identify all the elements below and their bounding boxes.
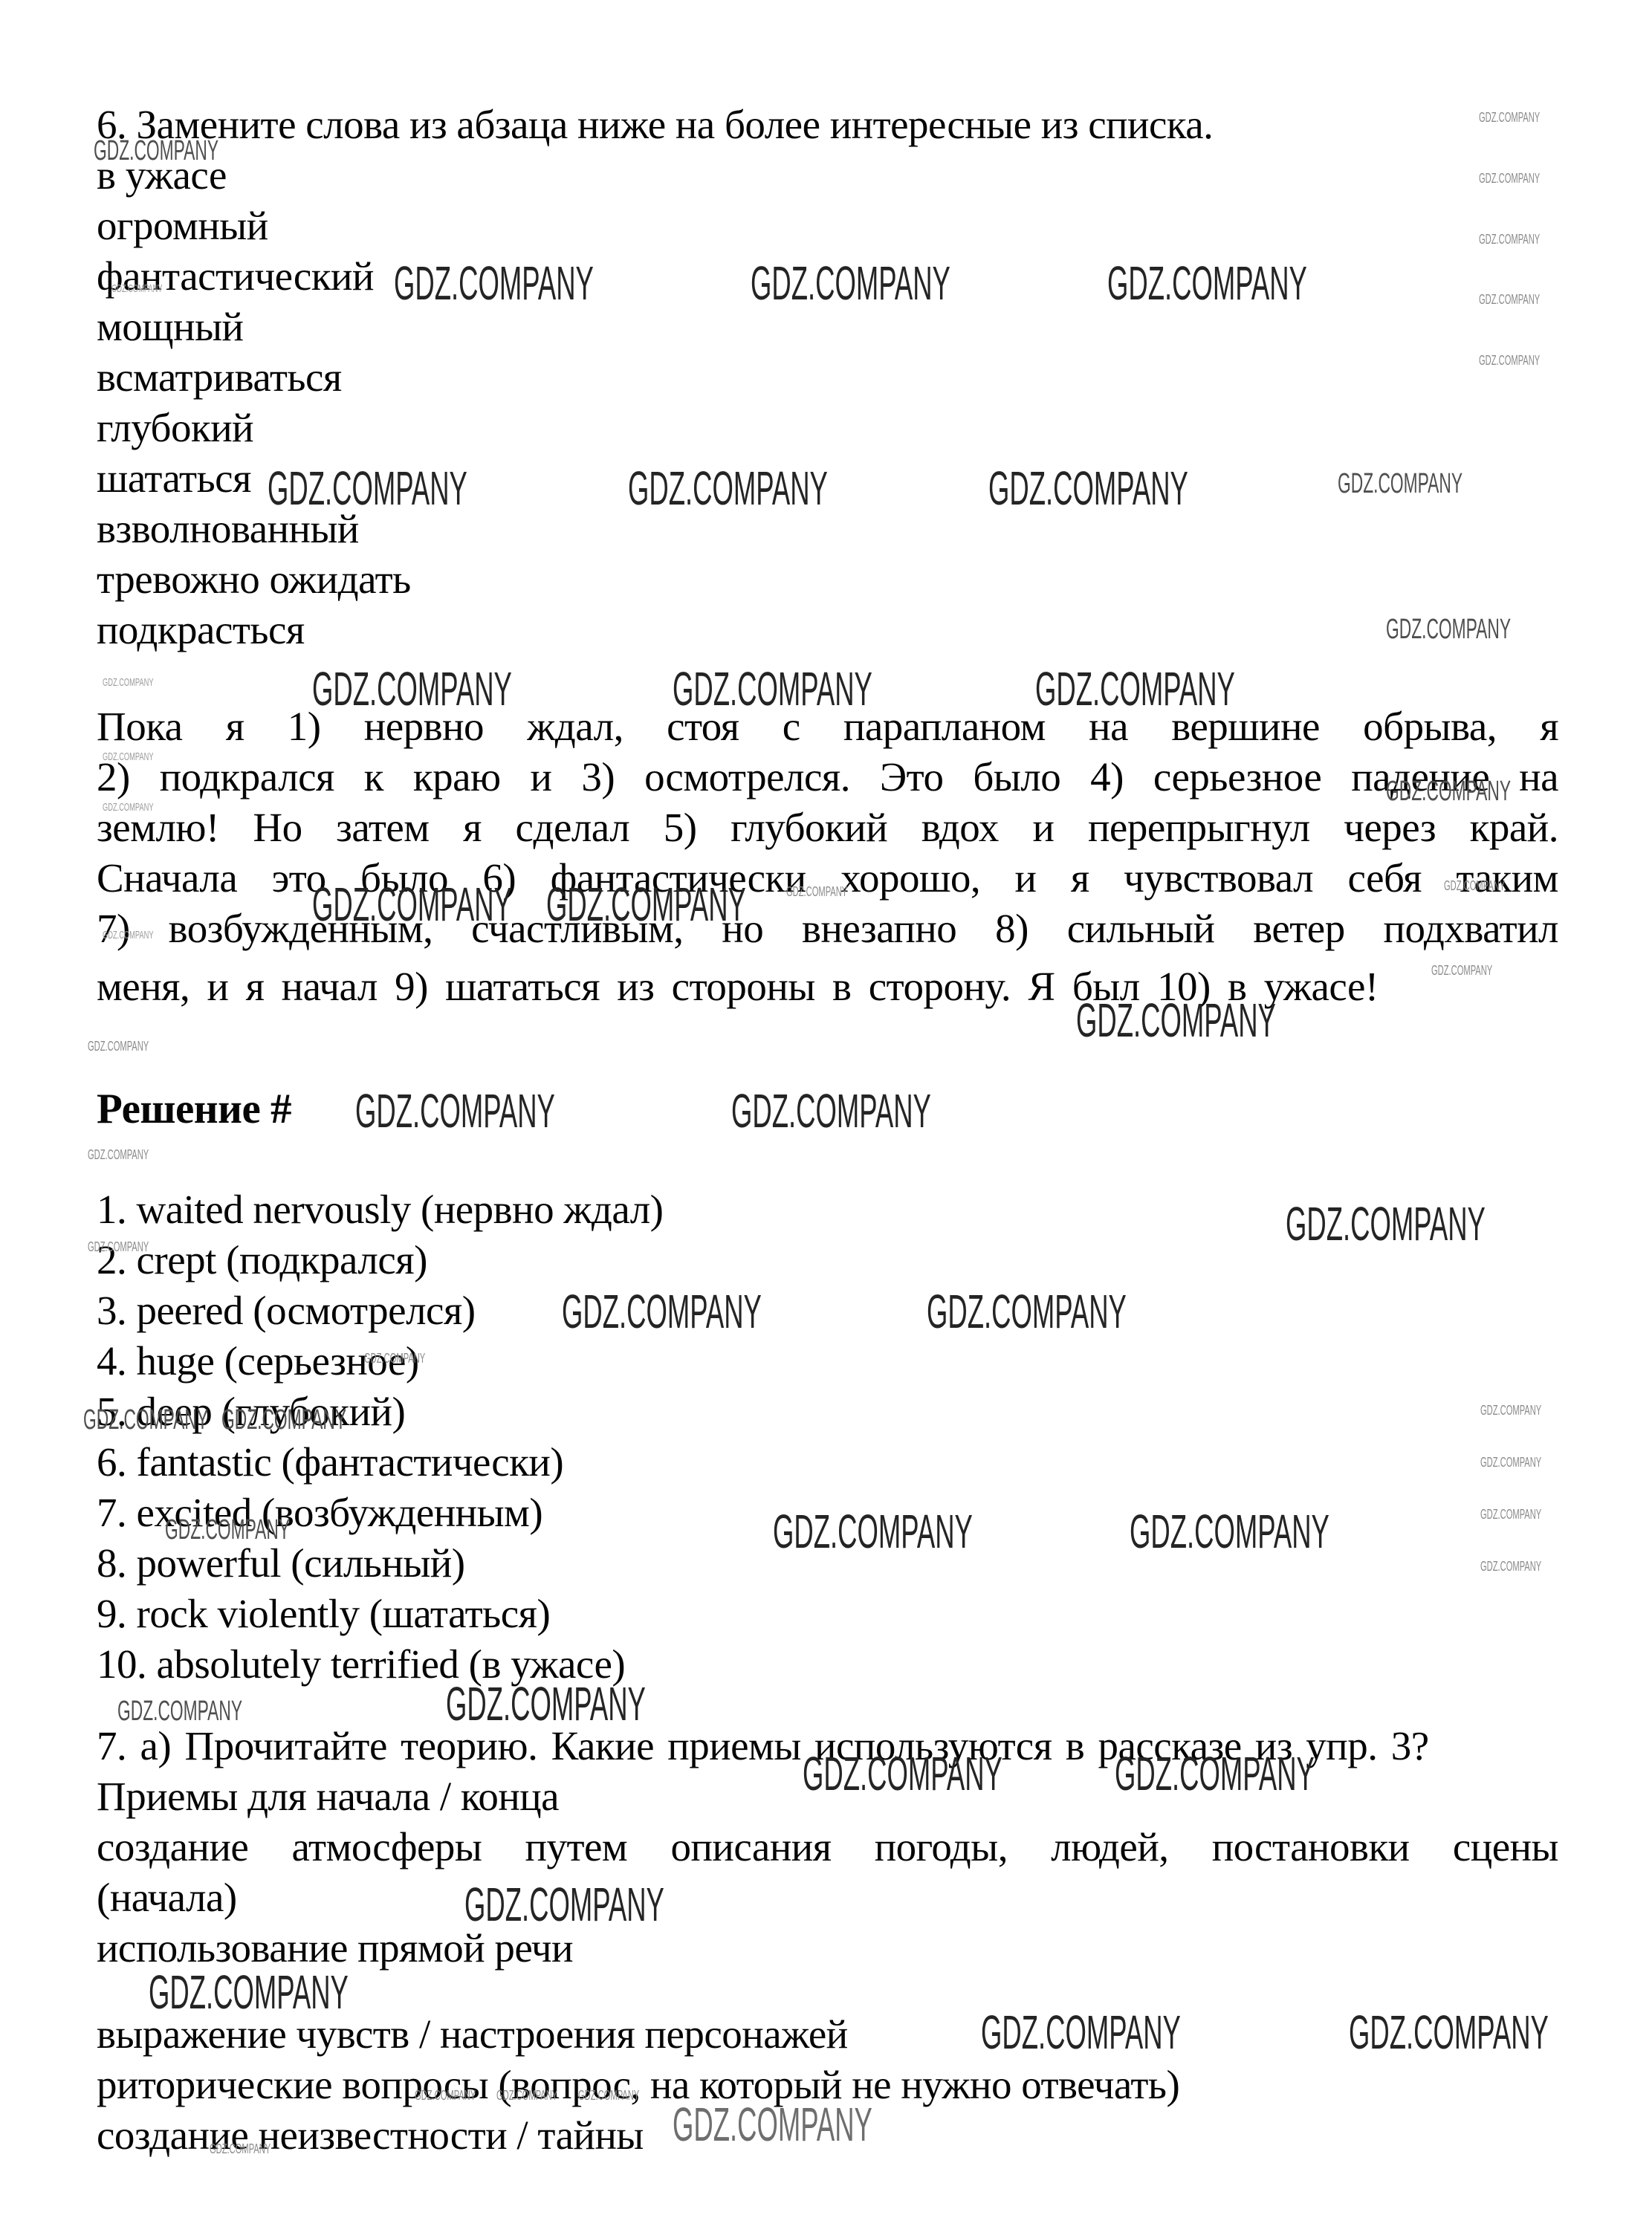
word-list-item: всматриваться bbox=[97, 354, 342, 400]
exercise-7-line: риторические вопросы (вопрос, на который… bbox=[97, 2061, 1179, 2108]
watermark-text: GDZ.COMPANY bbox=[1107, 256, 1307, 311]
solution-item: 9. rock violently (шататься) bbox=[97, 1590, 550, 1637]
watermark-text: GDZ.COMPANY bbox=[1130, 1504, 1329, 1559]
watermark-text: GDZ.COMPANY bbox=[988, 461, 1188, 516]
watermark-text: GDZ.COMPANY bbox=[773, 1504, 973, 1559]
watermark-text: GDZ.COMPANY bbox=[1479, 232, 1540, 247]
solution-item: 1. waited nervously (нервно ждал) bbox=[97, 1186, 663, 1233]
solution-item: 3. peered (осмотрелся) bbox=[97, 1287, 476, 1334]
watermark-text: GDZ.COMPANY bbox=[355, 1083, 555, 1138]
watermark-text: GDZ.COMPANY bbox=[1479, 110, 1540, 126]
watermark-text: GDZ.COMPANY bbox=[394, 256, 594, 311]
solution-item: 2. crept (подкрался) bbox=[97, 1236, 427, 1283]
watermark-text: GDZ.COMPANY bbox=[1480, 1559, 1541, 1575]
watermark-text: GDZ.COMPANY bbox=[1480, 1403, 1541, 1418]
exercise-7-title: 7. а) Прочитайте теорию. Какие приемы ис… bbox=[97, 1722, 1429, 1769]
solution-item: 4. huge (серьезное) bbox=[97, 1337, 419, 1384]
watermark-text: GDZ.COMPANY bbox=[731, 1083, 931, 1138]
watermark-text: GDZ.COMPANY bbox=[562, 1284, 762, 1339]
document-page: 6. Замените слова из абзаца ниже на боле… bbox=[0, 0, 1652, 2215]
watermark-text: GDZ.COMPANY bbox=[1479, 292, 1540, 308]
word-list-item: фантастический bbox=[97, 253, 374, 299]
watermark-text: GDZ.COMPANY bbox=[981, 2005, 1181, 2060]
watermark-text: GDZ.COMPANY bbox=[1338, 468, 1462, 500]
solution-item: 6. fantastic (фантастически) bbox=[97, 1439, 563, 1485]
exercise-7-line: Приемы для начала / конца bbox=[97, 1773, 559, 1820]
word-list-item: шататься bbox=[97, 455, 251, 502]
exercise-7-line: использование прямой речи bbox=[97, 1924, 573, 1971]
solution-heading: Решение # bbox=[97, 1085, 291, 1134]
word-list-item: взволнованный bbox=[97, 505, 359, 552]
watermark-text: GDZ.COMPANY bbox=[464, 1877, 664, 1932]
word-list-item: подкрасться bbox=[97, 606, 305, 653]
watermark-text: GDZ.COMPANY bbox=[751, 256, 950, 311]
paragraph-line: 7) возбужденным, счастливым, но внезапно… bbox=[97, 905, 1558, 952]
solution-item: 10. absolutely terrified (в ужасе) bbox=[97, 1641, 625, 1687]
paragraph-line: 2) подкрался к краю и 3) осмотрелся. Это… bbox=[97, 753, 1558, 800]
watermark-text: GDZ.COMPANY bbox=[1480, 1455, 1541, 1470]
paragraph-line: Сначала это было 6) фантастически хорошо… bbox=[97, 854, 1558, 901]
watermark-text: GDZ.COMPANY bbox=[1386, 614, 1511, 646]
watermark-text: GDZ.COMPANY bbox=[1431, 963, 1492, 979]
word-list-item: в ужасе bbox=[97, 152, 227, 198]
paragraph-line: меня, и я начал 9) шататься из стороны в… bbox=[97, 963, 1379, 1010]
word-list-item: тревожно ожидать bbox=[97, 556, 411, 603]
solution-item: 5. deep (глубокий) bbox=[97, 1388, 405, 1435]
word-list-item: огромный bbox=[97, 202, 268, 249]
watermark-text: GDZ.COMPANY bbox=[1479, 171, 1540, 187]
exercise-6-title: 6. Замените слова из абзаца ниже на боле… bbox=[97, 101, 1213, 148]
watermark-text: GDZ.COMPANY bbox=[1479, 353, 1540, 369]
paragraph-line: землю! Но затем я сделал 5) глубокий вдо… bbox=[97, 804, 1558, 851]
watermark-text: GDZ.COMPANY bbox=[1349, 2005, 1549, 2060]
solution-item: 8. powerful (сильный) bbox=[97, 1540, 465, 1586]
exercise-7-line: выражение чувств / настроения персонажей bbox=[97, 2011, 848, 2057]
solution-item: 7. excited (возбужденным) bbox=[97, 1489, 542, 1536]
watermark-text: GDZ.COMPANY bbox=[1480, 1507, 1541, 1522]
word-list-item: глубокий bbox=[97, 404, 253, 451]
watermark-text: GDZ.COMPANY bbox=[927, 1284, 1127, 1339]
exercise-7-line: (начала) bbox=[97, 1874, 237, 1921]
exercise-7-line: создание неизвестности / тайны bbox=[97, 2112, 644, 2159]
watermark-text: GDZ.COMPANY bbox=[628, 461, 828, 516]
paragraph-line: Пока я 1) нервно ждал, стоя с парапланом… bbox=[97, 703, 1558, 750]
watermark-text: GDZ.COMPANY bbox=[1286, 1196, 1486, 1251]
exercise-7-line: создание атмосферы путем описания погоды… bbox=[97, 1823, 1558, 1870]
word-list-item: мощный bbox=[97, 303, 243, 350]
watermark-text: GDZ.COMPANY bbox=[103, 676, 154, 689]
watermark-text: GDZ.COMPANY bbox=[88, 1039, 149, 1054]
watermark-text: GDZ.COMPANY bbox=[88, 1147, 149, 1163]
